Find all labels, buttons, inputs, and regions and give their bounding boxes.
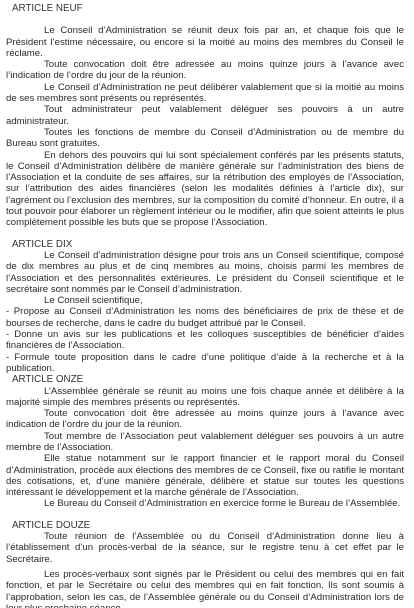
- paragraph: Le Bureau du Conseil d’Administration en…: [6, 498, 404, 509]
- paragraph: Toutes les fonctions de membre du Consei…: [6, 127, 404, 150]
- paragraph: Tout membre de l’Association peut valabl…: [6, 431, 404, 454]
- article-heading: ARTICLE DIX: [6, 239, 404, 250]
- paragraph: Elle statue notamment sur le rapport fin…: [6, 453, 404, 498]
- paragraph: En dehors des pouvoirs qui lui sont spéc…: [6, 150, 404, 229]
- list-item: - Formule toute proposition dans le cadr…: [6, 352, 404, 375]
- list-item: - Propose au Conseil d’Administration le…: [6, 306, 404, 329]
- paragraph: Toute réunion de l’Assemblée ou du Conse…: [6, 531, 404, 565]
- paragraph: Les procès-verbaux sont signés par le Pr…: [6, 569, 404, 608]
- document-page: ARTICLE NEUF Le Conseil d’Administration…: [0, 0, 414, 608]
- paragraph: Le Conseil scientifique,: [6, 295, 404, 306]
- article-heading: ARTICLE DOUZE: [6, 520, 404, 531]
- paragraph: Le Conseil d’administration désigne pour…: [6, 250, 404, 295]
- article-onze: ARTICLE ONZE L’Assemblée générale se réu…: [6, 374, 404, 510]
- paragraph: Le Conseil d’Administration ne peut déli…: [6, 82, 404, 105]
- article-heading: ARTICLE ONZE: [6, 374, 404, 385]
- paragraph: Tout administrateur peut valablement dél…: [6, 104, 404, 127]
- article-heading: ARTICLE NEUF: [6, 3, 404, 14]
- paragraph: L’Assemblée générale se réunit au moins …: [6, 386, 404, 409]
- article-dix: ARTICLE DIX Le Conseil d’administration …: [6, 239, 404, 375]
- article-douze: ARTICLE DOUZE Toute réunion de l’Assembl…: [6, 520, 404, 608]
- article-neuf: ARTICLE NEUF Le Conseil d’Administration…: [6, 3, 404, 229]
- paragraph: Toute convocation doit être adressée au …: [6, 408, 404, 431]
- list-item: - Donne un avis sur les publications et …: [6, 329, 404, 352]
- paragraph: Toute convocation doit être adressée au …: [6, 59, 404, 82]
- paragraph: Le Conseil d’Administration se réunit de…: [6, 25, 404, 59]
